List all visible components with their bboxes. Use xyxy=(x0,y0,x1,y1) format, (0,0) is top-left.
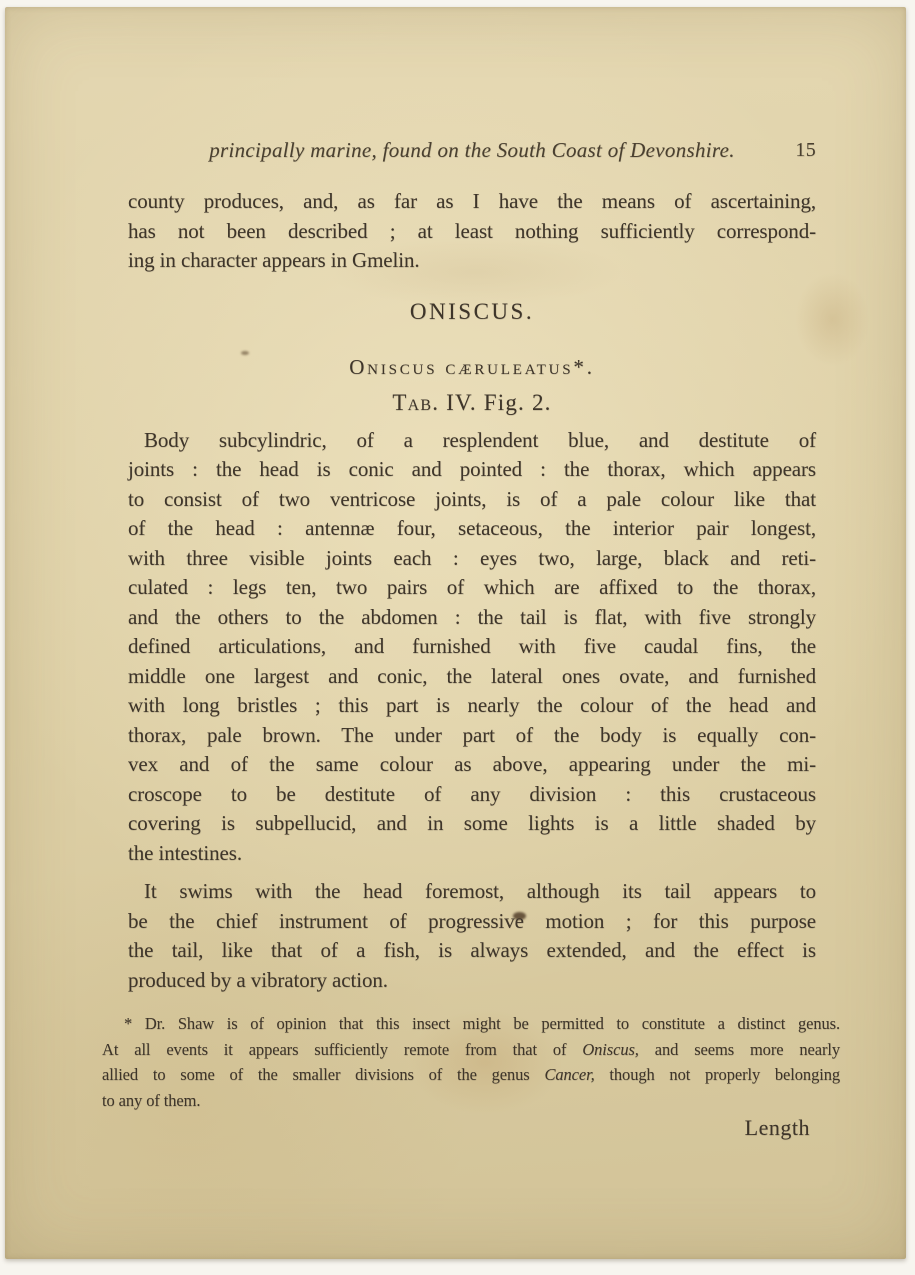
text-line: to consist of two ventricose joints, is … xyxy=(128,485,816,515)
text-line: ing in character appears in Gmelin. xyxy=(128,246,816,276)
species-heading: Oniscus cæruleatus*. xyxy=(128,354,816,380)
text-line: produced by a vibratory action. xyxy=(128,966,816,996)
text-line: It swims with the head foremost, althoug… xyxy=(128,877,816,907)
scan-background: principally marine, found on the South C… xyxy=(0,0,915,1275)
footnote-marker-ref: *. xyxy=(573,355,594,379)
page-content: principally marine, found on the South C… xyxy=(5,7,906,1259)
description-paragraph: Body subcylindric, of a resplendent blue… xyxy=(128,426,816,869)
species-name: Oniscus cæruleatus xyxy=(349,355,573,379)
text-line: culated : legs ten, two pairs of which a… xyxy=(128,573,816,603)
text-line: be the chief instrument of progressive m… xyxy=(128,907,816,937)
text-line: with three visible joints each : eyes tw… xyxy=(128,544,816,574)
text-line: allied to some of the smaller divisions … xyxy=(102,1062,840,1088)
text-line: * Dr. Shaw is of opinion that this insec… xyxy=(102,1011,840,1037)
intro-paragraph: county produces, and, as far as I have t… xyxy=(128,187,816,276)
text-line: the tail, like that of a fish, is always… xyxy=(128,936,816,966)
page-number: 15 xyxy=(795,137,816,163)
text-line: the intestines. xyxy=(128,839,816,869)
genus-heading: ONISCUS. xyxy=(128,298,816,326)
text-line: middle one largest and conic, the latera… xyxy=(128,662,816,692)
running-head: principally marine, found on the South C… xyxy=(128,137,816,163)
book-page: principally marine, found on the South C… xyxy=(5,7,906,1259)
text-line: to any of them. xyxy=(102,1088,840,1114)
text-line: defined articulations, and furnished wit… xyxy=(128,632,816,662)
text-line: thorax, pale brown. The under part of th… xyxy=(128,721,816,751)
text-line: covering is subpellucid, and in some lig… xyxy=(128,809,816,839)
plate-reference: Tab. IV. Fig. 2. xyxy=(128,389,816,417)
text-line: has not been described ; at least nothin… xyxy=(128,217,816,247)
catchword: Length xyxy=(128,1113,816,1143)
text-line: with long bristles ; this part is nearly… xyxy=(128,691,816,721)
plate-fig: Fig. 2. xyxy=(477,390,552,415)
text-line: and the others to the abdomen : the tail… xyxy=(128,603,816,633)
text-line: At all events it appears sufficiently re… xyxy=(102,1037,840,1063)
text-line: vex and of the same colour as above, app… xyxy=(128,750,816,780)
text-line: joints : the head is conic and pointed :… xyxy=(128,455,816,485)
text-line: county produces, and, as far as I have t… xyxy=(128,187,816,217)
text-line: croscope to be destitute of any division… xyxy=(128,780,816,810)
running-head-text: principally marine, found on the South C… xyxy=(209,138,735,162)
motion-paragraph: It swims with the head foremost, althoug… xyxy=(128,877,816,995)
footnote: * Dr. Shaw is of opinion that this insec… xyxy=(102,1011,840,1113)
text-line: Body subcylindric, of a resplendent blue… xyxy=(128,426,816,456)
plate-tab: Tab. IV. xyxy=(392,390,476,415)
text-line: of the head : antennæ four, setaceous, t… xyxy=(128,514,816,544)
